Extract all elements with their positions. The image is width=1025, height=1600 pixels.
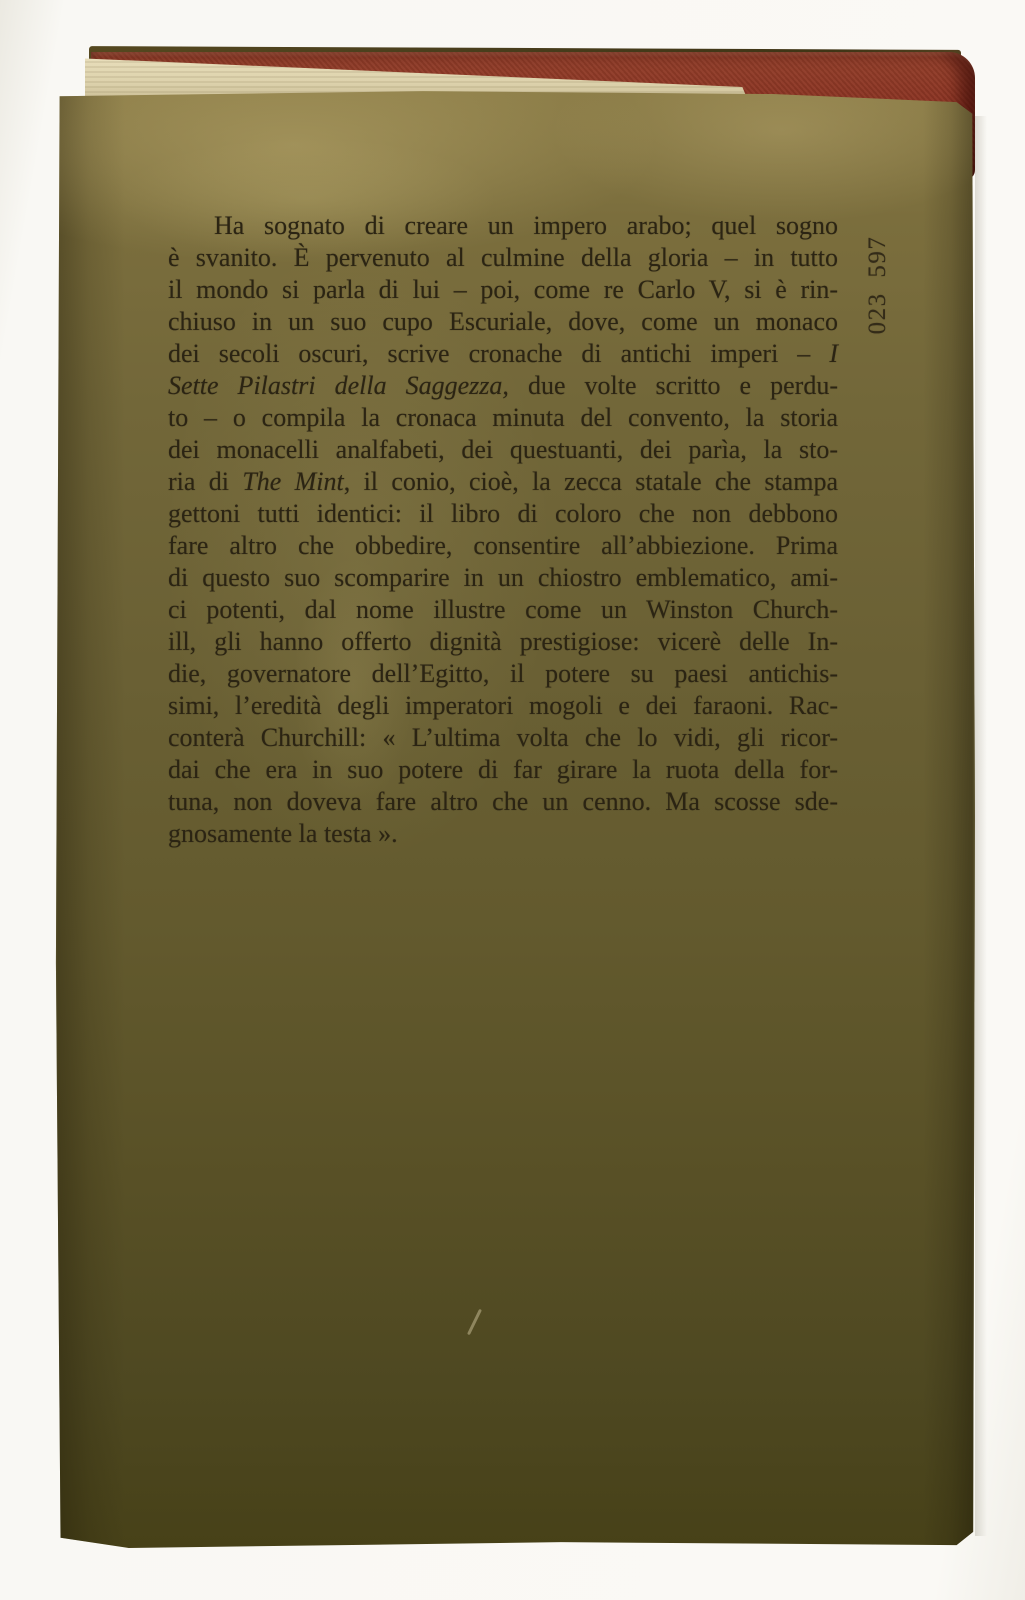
blurb-italic-segment: The Mint [242,467,343,496]
book-right-shadow [975,116,987,1536]
blurb-line: tuna, non doveva fare altro che un cenno… [168,786,838,818]
book: Ha sognato di creare un impero arabo; qu… [55,46,975,1550]
dust-jacket-back: Ha sognato di creare un impero arabo; qu… [55,86,975,1548]
blurb-segment: due volte scritto e perdu- [509,371,838,400]
blurb-segment: ill, gli hanno offerto dignità prestigio… [168,627,838,656]
blurb-line: simi, l’eredità degli imperatori mogoli … [168,690,838,722]
blurb-line: dei monacelli analfabeti, dei questuanti… [168,434,838,466]
blurb-line: chiuso in un suo cupo Escuriale, dove, c… [168,306,838,338]
blurb-line: ill, gli hanno offerto dignità prestigio… [168,626,838,658]
blurb-segment: dai che era in suo potere di far girare … [168,755,838,784]
blurb-line: di questo suo scomparire in un chiostro … [168,562,838,594]
blurb-line: il mondo si parla di lui – poi, come re … [168,274,838,306]
blurb-line: dei secoli oscuri, scrive cronache di an… [168,338,838,370]
blurb-line: gettoni tutti identici: il libro di colo… [168,498,838,530]
blurb-line: to – o compila la cronaca minuta del con… [168,402,838,434]
blurb-segment: il mondo si parla di lui – poi, come re … [168,275,838,304]
blurb-segment: simi, l’eredità degli imperatori mogoli … [168,691,838,720]
blurb-line: gnosamente la testa ». [168,818,838,850]
blurb-segment: dei monacelli analfabeti, dei questuanti… [168,435,838,464]
blurb-line: Ha sognato di creare un impero arabo; qu… [168,210,838,242]
blurb-line: ria di The Mint, il conio, cioè, la zecc… [168,466,838,498]
blurb-segment: fare altro che obbedire, consentire all’… [168,531,838,560]
blurb-line: die, governatore dell’Egitto, il potere … [168,658,838,690]
blurb-line: Sette Pilastri della Saggezza, due volte… [168,370,838,402]
blurb-segment: to – o compila la cronaca minuta del con… [168,403,838,432]
blurb-segment: gettoni tutti identici: il libro di colo… [168,499,838,528]
catalog-number: 023 597 [864,219,900,351]
blurb-segment: dei secoli oscuri, scrive cronache di an… [168,339,829,368]
scratch-mark [467,1309,482,1335]
blurb-italic-segment: I [829,339,838,368]
blurb-segment: di questo suo scomparire in un chiostro … [168,563,838,592]
blurb-segment: chiuso in un suo cupo Escuriale, dove, c… [168,307,838,336]
blurb-line: è svanito. È pervenuto al culmine della … [168,242,838,274]
blurb-segment: die, governatore dell’Egitto, il potere … [168,659,838,688]
blurb-segment: tuna, non doveva fare altro che un cenno… [168,787,838,816]
blurb-segment: , il conio, cioè, la zecca statale che s… [344,467,838,496]
blurb-segment: ci potenti, dal nome illustre come un Wi… [168,595,838,624]
blurb: Ha sognato di creare un impero arabo; qu… [168,210,838,850]
photo-background: Ha sognato di creare un impero arabo; qu… [0,0,1025,1600]
blurb-line: conterà Churchill: « L’ultima volta che … [168,722,838,754]
blurb-segment: conterà Churchill: « L’ultima volta che … [168,723,838,752]
blurb-segment: è svanito. È pervenuto al culmine della … [168,243,838,272]
blurb-line: fare altro che obbedire, consentire all’… [168,530,838,562]
book-bottom-edge [61,1584,969,1590]
blurb-segment: gnosamente la testa ». [168,819,398,848]
blurb-line: dai che era in suo potere di far girare … [168,754,838,786]
blurb-segment: ria di [168,467,242,496]
blurb-segment: Ha sognato di creare un impero arabo; qu… [214,211,838,240]
blurb-line: ci potenti, dal nome illustre come un Wi… [168,594,838,626]
blurb-italic-segment: Sette Pilastri della Saggezza, [168,371,509,400]
